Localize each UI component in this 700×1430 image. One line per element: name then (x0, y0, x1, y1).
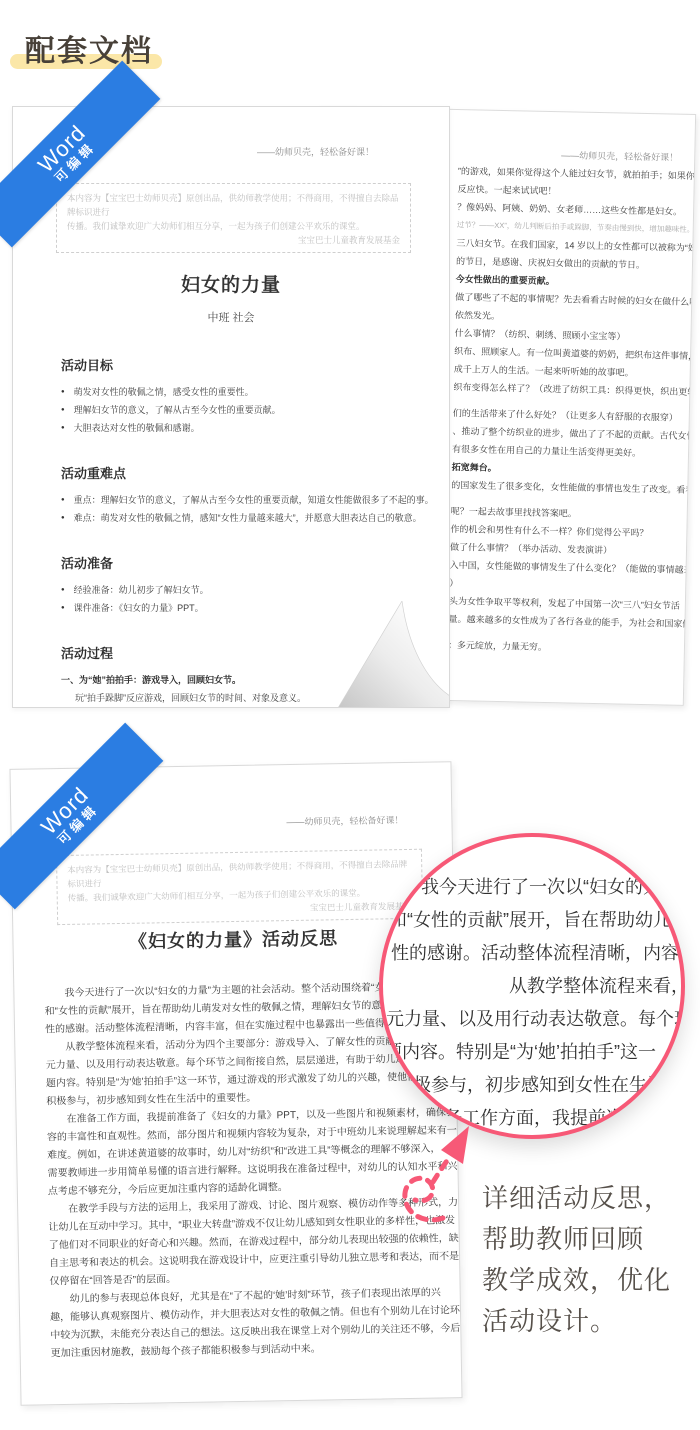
caption-line: 帮助教师回顾 (482, 1219, 671, 1260)
bullet-icon: ● (61, 509, 65, 527)
doc-tagline: ——幼师贝壳，轻松备好课！ (286, 813, 403, 828)
page-canvas: 配套文档 ——幼师贝壳，轻松备好课！ ”的游戏，如果你觉得这个人能过妇女节，就拍… (0, 0, 700, 1430)
magnifier-overlay: 我今天进行了一次以“妇女的力和“女性的贡献”展开，旨在帮助幼儿萌性的感谢。活动整… (379, 833, 685, 1139)
copyright-box: 本内容为【宝宝巴士幼师贝壳】原创出品，供幼师教学使用；不得商用，不得擅自去除品牌… (56, 183, 411, 253)
doc1-title: 妇女的力量 (13, 270, 449, 297)
doc-tagline: ——幼师贝壳，轻松备好课！ (257, 145, 374, 158)
process-line: ——妇女节就要到啦，你们知道是哪一天吗？它是谁的节日呢？ (61, 707, 429, 708)
copyright-box: 本内容为【宝宝巴士幼师贝壳】原创出品，供幼师教学使用；不得商用，不得擅自去除品牌… (56, 849, 423, 925)
magnifier-line: 从教学整体流程来看，活动分为四个主 (509, 970, 681, 1003)
doc1-preview: ——幼师贝壳，轻松备好课！ ”的游戏，如果你觉得这个人能过妇女节，就拍拍手；如果… (12, 106, 690, 706)
section-heading: 活动目标 (61, 355, 429, 374)
section-heading: 活动准备 (61, 553, 429, 572)
magnifier-circle: 我今天进行了一次以“妇女的力和“女性的贡献”展开，旨在帮助幼儿萌性的感谢。活动整… (379, 833, 685, 1139)
magnifier-line: 题内容。特别是“为‘她’拍拍手”这一 (384, 1036, 681, 1069)
pink-arrow-doodle-icon (393, 1120, 485, 1232)
marketing-caption: 详细活动反思，帮助教师回顾教学成效，优化活动设计。 (482, 1178, 671, 1342)
bullet-icon: ● (61, 419, 65, 437)
bullet-item: ●理解妇女节的意义，了解从古至今女性的重要贡献。 (61, 401, 429, 419)
magnifier-line: 和“女性的贡献”展开，旨在帮助幼儿萌 (389, 904, 681, 937)
magnifier-line: 我今天进行了一次以“妇女的力 (421, 871, 681, 904)
magnifier-line: 元力量、以及用行动表达敬意。每个环节之 (386, 1003, 681, 1036)
bullet-icon: ● (61, 491, 65, 509)
bullet-icon: ● (61, 383, 65, 401)
copyright-line: 传播。我们诚挚欢迎广大幼师们相互分享，一起为孩子们创建公平欢乐的课堂。 (67, 219, 400, 233)
section-heading: 活动重难点 (61, 463, 429, 482)
doc-tagline: ——幼师贝壳，轻松备好课！ (561, 148, 678, 163)
page-curl (338, 601, 450, 708)
bullet-item: ●经验准备：幼儿初步了解妇女节。 (61, 581, 429, 599)
bullet-text: 理解妇女节的意义，了解从古至今女性的重要贡献。 (74, 401, 281, 419)
doc-section: 活动重难点●重点：理解妇女节的意义，了解从古至今女性的重要贡献，知道女性能做很多… (61, 463, 429, 527)
caption-line: 教学成效，优化 (482, 1260, 671, 1301)
doc-section: 活动目标●萌发对女性的敬佩之情，感受女性的重要性。●理解妇女节的意义，了解从古至… (61, 355, 429, 437)
bullet-text: 经验准备：幼儿初步了解妇女节。 (74, 581, 209, 599)
doc1-subtitle: 中班 社会 (13, 309, 449, 325)
page-title: 配套文档 (25, 26, 153, 70)
bullet-text: 难点：萌发对女性的敬佩之情，感知“女性力量越来越大”，并愿意大胆表达自己的敬意。 (74, 509, 422, 527)
doc2-preview: ——幼师贝壳，轻松备好课！ 本内容为【宝宝巴士幼师贝壳】原创出品，供幼师教学使用… (15, 765, 700, 1430)
caption-line: 活动设计。 (482, 1301, 671, 1342)
bullet-icon: ● (61, 401, 65, 419)
bullet-item: ●重点：理解妇女节的意义，了解从古至今女性的重要贡献，知道女性能做很多了不起的事… (61, 491, 429, 509)
bullet-text: 大胆表达对女性的敬佩和感谢。 (74, 419, 200, 437)
bullet-text: 重点：理解妇女节的意义，了解从古至今女性的重要贡献，知道女性能做很多了不起的事。 (74, 491, 434, 509)
bullet-text: 萌发对女性的敬佩之情，感受女性的重要性。 (74, 383, 254, 401)
copyright-signature: 宝宝巴士儿童教育发展基金 (67, 233, 400, 247)
bullet-item: ●大胆表达对女性的敬佩和感谢。 (61, 419, 429, 437)
magnifier-line: 极参与，初步感知到女性在生活中 (413, 1069, 681, 1102)
magnifier-line: 性的感谢。活动整体流程清晰，内容丰富， (391, 937, 681, 970)
bullet-item: ●难点：萌发对女性的敬佩之情，感知“女性力量越来越大”，并愿意大胆表达自己的敬意… (61, 509, 429, 527)
copyright-line: 本内容为【宝宝巴士幼师贝壳】原创出品，供幼师教学使用；不得商用，不得擅自去除品牌… (67, 191, 400, 219)
bullet-icon: ● (61, 599, 65, 617)
bullet-item: ●萌发对女性的敬佩之情，感受女性的重要性。 (61, 383, 429, 401)
bullet-text: 课件准备：《妇女的力量》PPT。 (74, 599, 204, 617)
doc1-front-page: ——幼师贝壳，轻松备好课！ 本内容为【宝宝巴士幼师贝壳】原创出品，供幼师教学使用… (12, 106, 450, 708)
caption-line: 详细活动反思， (482, 1178, 671, 1219)
bullet-icon: ● (61, 581, 65, 599)
magnifier-text: 我今天进行了一次以“妇女的力和“女性的贡献”展开，旨在帮助幼儿萌性的感谢。活动整… (383, 837, 681, 1135)
